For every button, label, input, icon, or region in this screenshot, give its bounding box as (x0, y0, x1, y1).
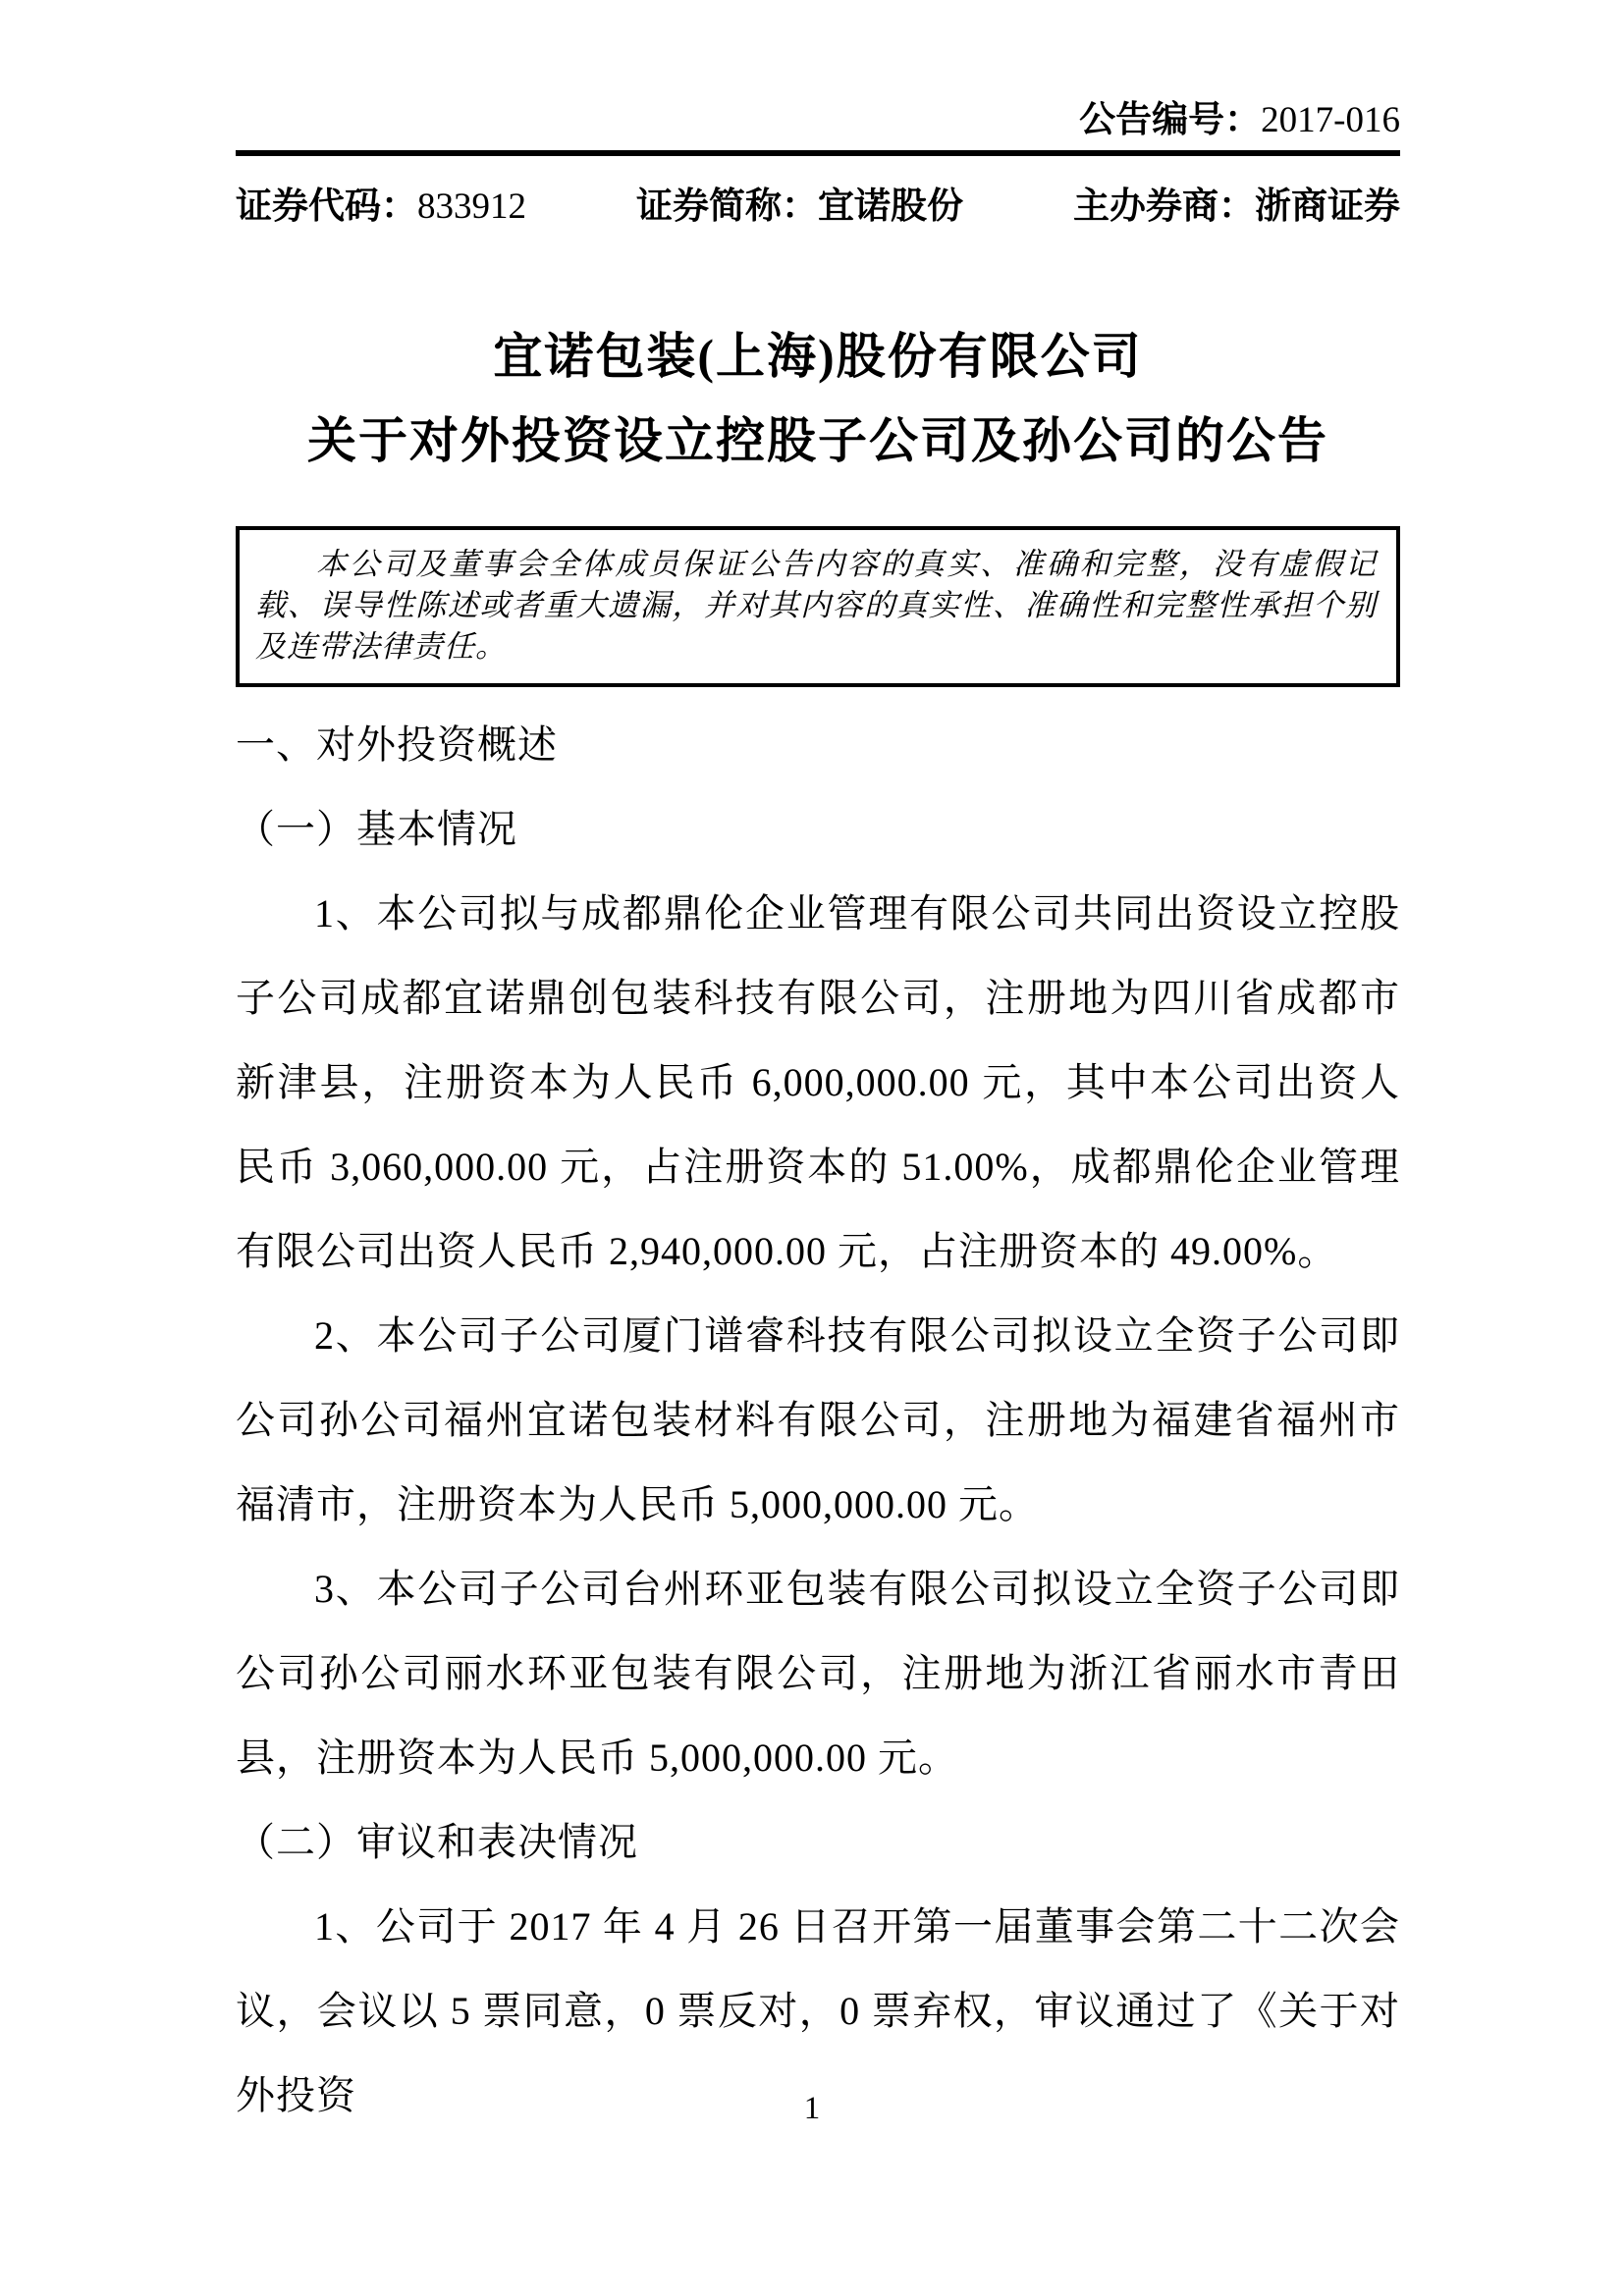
title-block: 宜诺包装(上海)股份有限公司 关于对外投资设立控股子公司及孙公司的公告 (236, 314, 1400, 483)
stock-short-name-label: 证券简称： (636, 186, 818, 226)
page-number: 1 (0, 2089, 1624, 2128)
disclaimer-box: 本公司及董事会全体成员保证公告内容的真实、准确和完整，没有虚假记载、误导性陈述或… (236, 526, 1400, 687)
body-text: 一、对外投资概述 （一）基本情况 1、本公司拟与成都鼎伦企业管理有限公司共同出资… (236, 703, 1400, 2138)
document-content: 公告编号：2017-016 证券代码：833912 证券简称：宜诺股份 主办券商… (236, 0, 1400, 2138)
subsection-review-voting: （二）审议和表决情况 (236, 1800, 1400, 1885)
stock-short-name-value: 宜诺股份 (818, 186, 963, 226)
paragraph-investment-3: 3、本公司子公司台州环亚包装有限公司拟设立全资子公司即公司孙公司丽水环亚包装有限… (236, 1547, 1400, 1800)
section-heading-overview: 一、对外投资概述 (236, 703, 1400, 787)
securities-header-row: 证券代码：833912 证券简称：宜诺股份 主办券商：浙商证券 (236, 184, 1400, 230)
lead-broker-value: 浙商证券 (1255, 186, 1400, 226)
stock-short-name: 证券简称：宜诺股份 (636, 184, 963, 230)
company-name-title: 宜诺包装(上海)股份有限公司 (236, 314, 1400, 399)
announcement-number: 公告编号：2017-016 (236, 0, 1400, 142)
paragraph-investment-1: 1、本公司拟与成都鼎伦企业管理有限公司共同出资设立控股子公司成都宜诺鼎创包装科技… (236, 872, 1400, 1294)
announcement-title: 关于对外投资设立控股子公司及孙公司的公告 (236, 399, 1400, 483)
paragraph-investment-2: 2、本公司子公司厦门谱睿科技有限公司拟设立全资子公司即公司孙公司福州宜诺包装材料… (236, 1294, 1400, 1547)
announcement-number-label: 公告编号： (1079, 99, 1261, 139)
document-page: 公告编号：2017-016 证券代码：833912 证券简称：宜诺股份 主办券商… (0, 0, 1624, 2296)
stock-code: 证券代码：833912 (236, 184, 526, 230)
subsection-basic-info: （一）基本情况 (236, 787, 1400, 872)
header-divider (236, 150, 1400, 156)
stock-code-value: 833912 (417, 187, 526, 227)
announcement-number-value: 2017-016 (1261, 100, 1400, 140)
lead-broker-label: 主办券商： (1073, 186, 1255, 226)
stock-code-label: 证券代码： (236, 186, 417, 226)
lead-broker: 主办券商：浙商证券 (1073, 184, 1400, 230)
